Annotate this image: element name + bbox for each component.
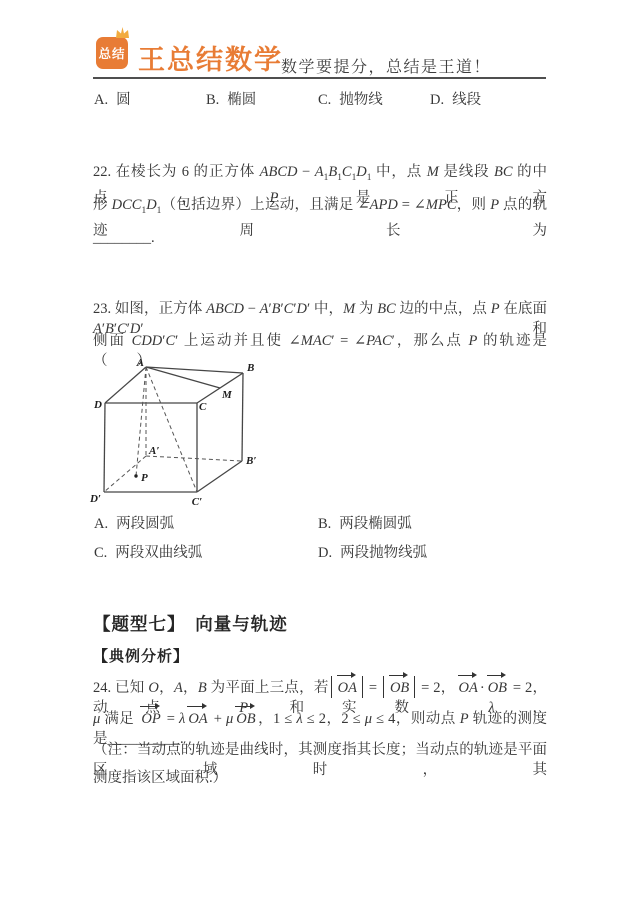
- segment-a-m: [146, 367, 220, 388]
- q23-option-c: C.两段双曲线弧: [94, 541, 202, 562]
- section-title: 【题型七】 向量与轨迹: [93, 611, 288, 636]
- brand-logo-text: 总结: [98, 44, 125, 62]
- vertex-label-d-prime: D′: [89, 493, 101, 505]
- document-page: 总结 王总结数学 数学要提分，总结是王道！ A.圆 B.椭圆 C.抛物线 D.线…: [0, 0, 640, 905]
- q21-option-a: A.圆: [94, 88, 131, 109]
- vertex-label-c: C: [199, 401, 207, 413]
- vertex-label-b-prime: B′: [245, 455, 256, 467]
- q24-note-line-2: 测度指该区域面积.）: [93, 768, 547, 788]
- cube-edges-solid: [104, 367, 243, 492]
- vertex-label-d: D: [93, 399, 102, 411]
- brand-tagline: 数学要提分，总结是王道！: [281, 54, 491, 77]
- q23-option-a: A.两段圆弧: [94, 512, 174, 533]
- vertex-label-a: A: [136, 358, 144, 369]
- q23-option-b: B.两段椭圆弧: [318, 512, 412, 533]
- brand-title: 王总结数学: [138, 38, 283, 77]
- q21-option-b: B.椭圆: [206, 88, 256, 109]
- header-divider: [93, 77, 546, 79]
- section-subtitle: 【典例分析】: [93, 645, 189, 666]
- q22-answer-blank: ________.: [93, 228, 547, 248]
- vertex-label-c-prime: C′: [192, 496, 202, 508]
- point-p-dot: [134, 474, 137, 477]
- point-label-p: P: [141, 472, 148, 484]
- point-label-m: M: [221, 389, 233, 401]
- brand-logo-badge: 总结: [96, 37, 128, 69]
- vertex-label-b: B: [246, 362, 254, 374]
- q21-option-c: C.抛物线: [318, 88, 383, 109]
- q23-option-d: D.两段抛物线弧: [318, 541, 427, 562]
- q21-option-d: D.线段: [430, 88, 481, 109]
- cube-diagram: A B C D A′ B′ C′ D′ M P: [85, 358, 265, 510]
- crown-icon: [114, 26, 131, 39]
- vertex-label-a-prime: A′: [148, 445, 159, 457]
